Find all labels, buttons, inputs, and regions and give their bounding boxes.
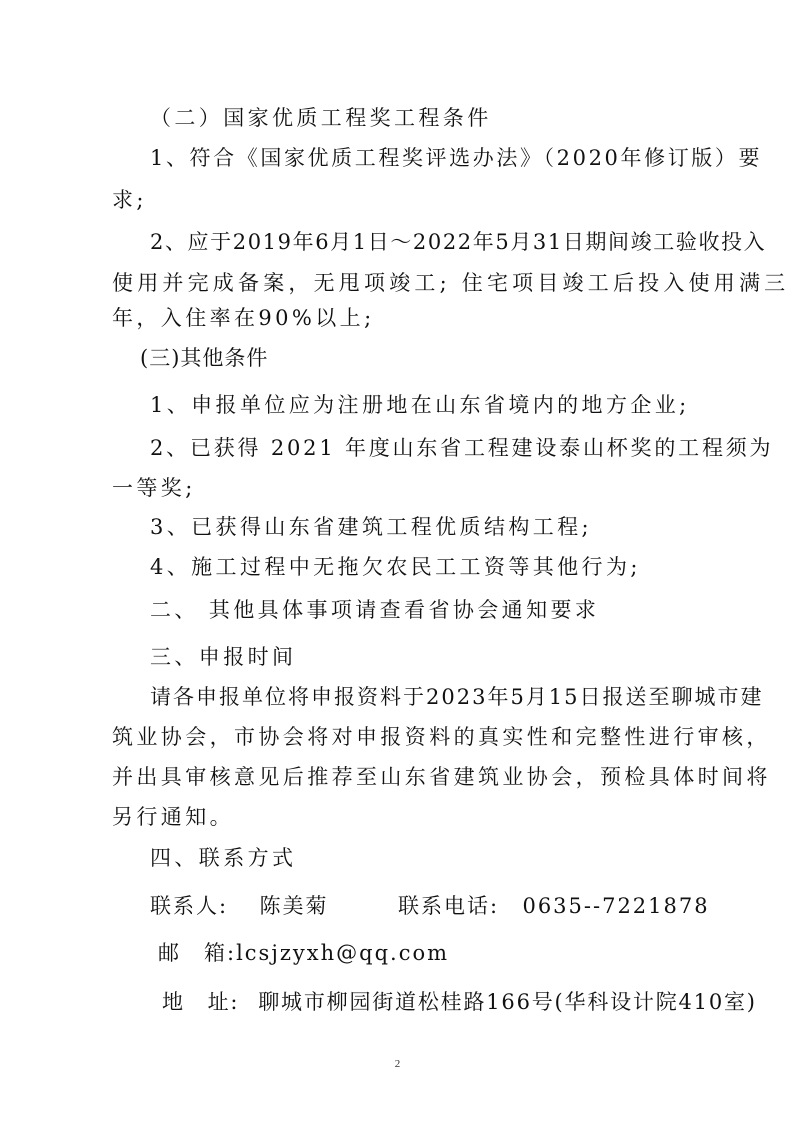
heading-contact: 四、联系方式 (150, 844, 296, 872)
section-2-item-2-line-3: 年，入住率在90%以上; (112, 304, 375, 332)
contact-phone-value[interactable]: 0635--7221878 (522, 894, 709, 918)
section-3-item-3: 3、已获得山东省建筑工程优质结构工程; (150, 513, 592, 541)
page-number: 2 (0, 1058, 795, 1070)
contact-address-label: 地 址: (162, 990, 239, 1014)
contact-email-row: 邮 箱:lcsjzyxh@qq.com (158, 939, 449, 967)
contact-email-value[interactable]: lcsjzyxh@qq.com (236, 941, 449, 965)
contact-address-row: 地 址: 聊城市柳园街道松桂路166号(华科设计院410室) (162, 988, 757, 1016)
section-2-item-1-line-1: 1、符合《国家优质工程奖评选办法》（2020年修订版）要 (150, 144, 762, 172)
submission-paragraph-line-3: 并出具审核意见后推荐至山东省建筑业协会，预检具体时间将 (112, 763, 771, 791)
section-2-title: （二）国家优质工程奖工程条件 (150, 104, 492, 132)
section-3-title: (三)其他条件 (140, 344, 268, 372)
section-3-item-1: 1、申报单位应为注册地在山东省境内的地方企业; (150, 391, 690, 419)
contact-email-label: 邮 箱: (158, 941, 236, 965)
submission-paragraph-line-2: 筑业协会，市协会将对申报资料的真实性和完整性进行审核， (112, 723, 771, 751)
submission-paragraph-line-4: 另行通知。 (112, 803, 234, 831)
document-page: （二）国家优质工程奖工程条件 1、符合《国家优质工程奖评选办法》（2020年修订… (0, 0, 795, 1123)
section-3-item-2-line-2: 一等奖; (112, 474, 196, 502)
contact-person-label: 联系人: (150, 894, 228, 918)
section-2-item-2-line-1: 2、应于2019年6月1日～2022年5月31日期间竣工验收投入 (150, 228, 766, 256)
contact-phone-row: 联系电话: 0635--7221878 (398, 892, 710, 920)
contact-address-value: 聊城市柳园街道松桂路166号(华科设计院410室) (258, 990, 757, 1014)
heading-submission-time: 三、申报时间 (150, 643, 296, 671)
section-3-item-2-line-1: 2、已获得 2021 年度山东省工程建设泰山杯奖的工程须为 (150, 434, 773, 462)
contact-person-row: 联系人: 陈美菊 (150, 892, 328, 920)
submission-paragraph-line-1: 请各申报单位将申报资料于2023年5月15日报送至聊城市建 (150, 683, 764, 711)
section-2-item-1-line-2: 求; (112, 186, 147, 214)
section-3-item-4: 4、施工过程中无拖欠农民工工资等其他行为; (150, 553, 641, 581)
heading-other-matters: 二、 其他具体事项请查看省协会通知要求 (150, 596, 599, 624)
contact-person-name: 陈美菊 (259, 894, 328, 918)
contact-phone-label: 联系电话: (398, 894, 499, 918)
section-2-item-2-line-2: 使用并完成备案，无甩项竣工; 住宅项目竣工后投入使用满三 (112, 269, 789, 297)
